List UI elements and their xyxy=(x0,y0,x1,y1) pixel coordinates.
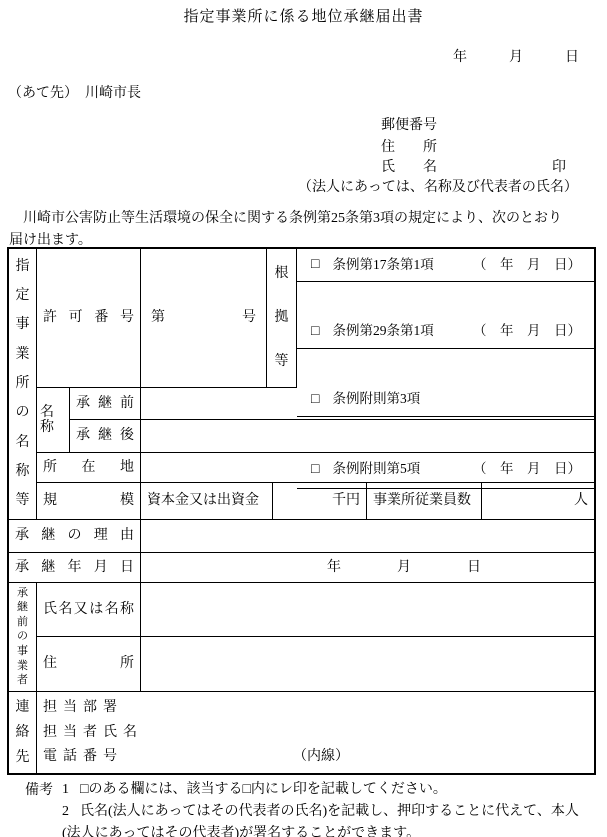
seal-label: 印 xyxy=(552,156,566,176)
predecessor-address-label-cell: 住所 xyxy=(37,637,141,692)
name-after-label: 承継後 xyxy=(76,428,134,443)
name-after-value-cell[interactable] xyxy=(141,420,594,453)
legal-basis-header: 根拠等 xyxy=(267,249,297,388)
predecessor-address-value-cell[interactable] xyxy=(141,637,594,692)
contact-section-header: 連絡先 xyxy=(9,692,37,773)
succession-reason-value-cell[interactable] xyxy=(141,520,594,553)
capital-label-cell: 資本金又は出資金 xyxy=(141,483,273,520)
basis-option-date: （ 年 月 日） xyxy=(473,324,581,339)
postal-code-label: 郵便番号 xyxy=(381,114,437,134)
address-label: 住 所 xyxy=(381,136,437,156)
predecessor-address-label: 住所 xyxy=(43,656,134,671)
submission-date-line: 年 月 日 xyxy=(0,46,607,66)
capital-unit-label: 千円 xyxy=(332,493,360,508)
phone-extension-label: （内線） xyxy=(293,749,349,764)
remarks-items: 1□のある欄には、該当する□内にレ印を記載してください。 2氏名(法人にあっては… xyxy=(62,779,594,837)
employees-unit-label: 人 xyxy=(574,493,588,508)
remarks-header: 備考 xyxy=(25,779,62,837)
location-value-cell[interactable] xyxy=(141,453,594,483)
addressee-line: （あて先） 川崎市長 xyxy=(8,82,141,102)
succession-date-value-cell[interactable]: 年 月 日 xyxy=(141,553,594,583)
succession-reason-label-cell: 承継の理由 xyxy=(9,520,141,553)
name-before-value-cell[interactable] xyxy=(141,388,594,420)
remark-number: 1 xyxy=(62,782,69,797)
name-group-label: 名称 xyxy=(40,405,66,436)
employees-value-cell[interactable]: 人 xyxy=(482,483,594,520)
basis-option-label: 条例第29条第1項 xyxy=(332,324,433,339)
section-header-designated-establishment: 指定事業所の名称等 xyxy=(9,249,37,520)
corporation-note: （法人にあっては、名称及び代表者の氏名） xyxy=(298,176,578,196)
capital-label: 資本金又は出資金 xyxy=(147,493,259,508)
remark-item: 1□のある欄には、該当する□内にレ印を記載してください。 xyxy=(62,779,594,801)
scale-label-cell: 規模 xyxy=(37,483,141,520)
predecessor-section-header: 承継前の事業者 xyxy=(9,583,37,692)
remark-text: 氏名(法人にあってはその代表者の氏名)を記載し、押印することに代えて、本人(法人… xyxy=(62,804,579,837)
remark-text: □のある欄には、該当する□内にレ印を記載してください。 xyxy=(80,782,447,797)
permit-number-value-cell[interactable]: 第 号 xyxy=(141,249,267,388)
name-before-label-cell: 承継前 xyxy=(70,388,141,420)
remark-number: 2 xyxy=(62,804,69,819)
contact-phone-label: 電話番号 xyxy=(43,749,123,764)
name-label: 氏 名 xyxy=(381,156,437,176)
remark-item: 2氏名(法人にあってはその代表者の氏名)を記載し、押印することに代えて、本人(法… xyxy=(62,801,594,837)
basis-option-row: □ 条例第29条第1項 （ 年 月 日） xyxy=(297,315,594,349)
basis-option-row: □ 条例第17条第1項 （ 年 月 日） xyxy=(297,249,594,282)
succession-reason-label: 承継の理由 xyxy=(15,528,134,543)
permit-number-label-cell: 許可番号 xyxy=(37,249,141,388)
succession-date-label: 承継年月日 xyxy=(15,560,134,575)
predecessor-name-label: 氏名又は名称 xyxy=(43,602,134,617)
basis-option-date: （ 年 月 日） xyxy=(473,258,581,273)
predecessor-name-value-cell[interactable] xyxy=(141,583,594,637)
succession-date-label-cell: 承継年月日 xyxy=(9,553,141,583)
succession-form-table: 指定事業所の名称等 許可番号 第 号 根拠等 □ 条例第17条第1項 （ 年 月… xyxy=(7,247,596,775)
basis-option-label: 条例第17条第1項 xyxy=(332,258,433,273)
succession-date-blank: 年 月 日 xyxy=(327,560,481,575)
permit-number-label: 許可番号 xyxy=(43,310,134,325)
location-label: 所在地 xyxy=(43,460,134,475)
contact-department-label: 担当部署 xyxy=(43,700,594,715)
name-after-label-cell: 承継後 xyxy=(70,420,141,453)
checkbox-article17-icon[interactable]: □ xyxy=(311,257,319,272)
scale-label: 規模 xyxy=(43,493,134,508)
remarks-block: 備考 1□のある欄には、該当する□内にレ印を記載してください。 2氏名(法人にあ… xyxy=(25,779,596,837)
contact-content-cell[interactable]: 担当部署 担当者氏名 電話番号 （内線） xyxy=(37,692,594,773)
capital-value-cell[interactable]: 千円 xyxy=(273,483,367,520)
location-label-cell: 所在地 xyxy=(37,453,141,483)
employees-label-cell: 事業所従業員数 xyxy=(367,483,482,520)
contact-person-label: 担当者氏名 xyxy=(43,725,594,740)
checkbox-article29-icon[interactable]: □ xyxy=(311,324,319,339)
contact-phone-line: 電話番号 （内線） xyxy=(43,749,594,764)
form-title: 指定事業所に係る地位承継届出書 xyxy=(0,5,607,26)
permit-suffix: 号 xyxy=(242,310,256,325)
name-group-label-cell: 名称 xyxy=(37,388,70,453)
permit-prefix: 第 xyxy=(151,310,165,325)
employees-label: 事業所従業員数 xyxy=(373,493,471,508)
name-before-label: 承継前 xyxy=(76,396,134,411)
predecessor-name-label-cell: 氏名又は名称 xyxy=(37,583,141,637)
